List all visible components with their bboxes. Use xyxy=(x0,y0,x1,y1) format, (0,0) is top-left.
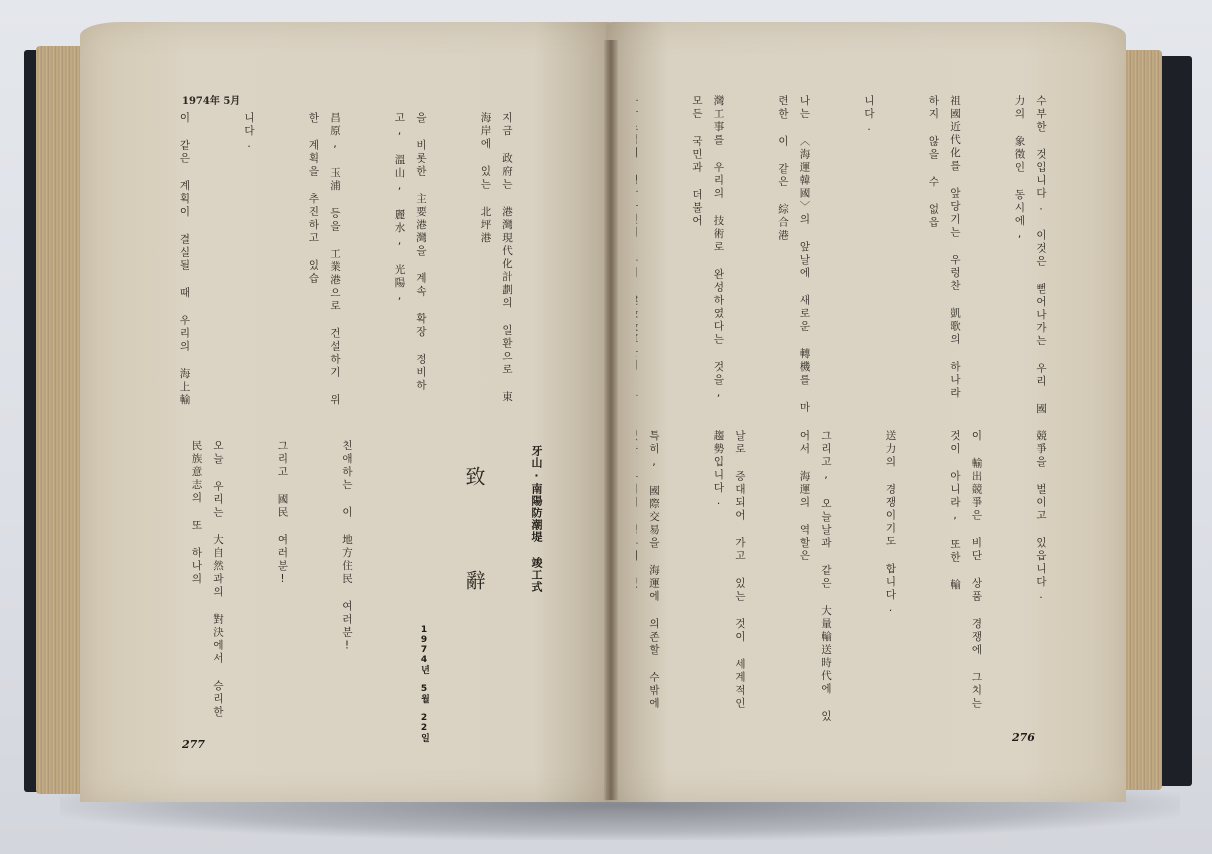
text-line: 祖國近代化를 앞당기는 우렁찬 凱歌의 하나라 하지 않을 수 없읍 xyxy=(922,95,965,420)
section-heading: 致 辭 xyxy=(460,466,489,620)
text-line: 昌原, 玉浦 등을 工業港으로 건설하기 위한 계획을 추진하고 있습 xyxy=(302,112,345,412)
page-number-left: 277 xyxy=(182,738,205,751)
right-page-lower-text: 競爭을 벌이고 있읍니다. 이 輸出競爭은 비단 상품 경쟁에 그치는 것이 아… xyxy=(636,430,1094,730)
text-line: 送力의 경쟁이기도 합니다. xyxy=(879,430,901,730)
left-page-lower-text: 친애하는 이 地方住民 여러분! 그리고 國民 여러분! 오늘 우리는 大自然과… xyxy=(180,440,400,726)
text-line: 자랑스럽게 생각하면서 우리 建設役軍들의 그 간의 勞苦를 깊이 치 xyxy=(636,95,643,420)
text-line: 니다. xyxy=(238,112,260,412)
text-line: 날로 증대되어 가고 있는 것이 세계적인 趨勢입니다. xyxy=(707,430,750,730)
text-line: 灣工事를 우리의 技術로 완성하였다는 것을, 모든 국민과 더불어 xyxy=(686,95,729,420)
left-page-upper-text: 지금 政府는 港灣現代化計劃의 일환으로 東海岸에 있는 北坪港 을 비롯한 主… xyxy=(180,112,560,412)
text-line: 친애하는 이 地方住民 여러분! xyxy=(336,440,358,726)
speech-title: 牙山·南陽防潮堤 竣工式 xyxy=(528,445,544,593)
page-number-right: 276 xyxy=(1012,731,1035,744)
book-gutter xyxy=(604,40,618,800)
text-line: 을 비롯한 主要港灣을 계속 확장 정비하고, 溫山, 麗水, 光陽, xyxy=(388,112,431,412)
text-line: 그리고 國民 여러분! xyxy=(271,440,293,726)
text-line: 이 輸出競爭은 비단 상품 경쟁에 그치는 것이 아니라, 또한 輸 xyxy=(944,430,987,730)
text-line: 오늘 우리는 大自然과의 對決에서 승리한 民族意志의 또 하나의 xyxy=(185,440,228,726)
text-line: 나는 〈海運韓國〉의 앞날에 새로운 轉機를 마련한 이 같은 綜合港 xyxy=(772,95,815,420)
right-page-upper-text: 수부한 것입니다. 이것은 뻗어나가는 우리 國力의 象徵인 동시에, 祖國近代… xyxy=(636,95,1094,420)
running-head: 1974年 5月 xyxy=(182,92,240,107)
text-line: 그리고, 오늘날과 같은 大量輸送時代에 있어서 海運의 역할은 xyxy=(793,430,836,730)
text-line: 競爭을 벌이고 있읍니다. xyxy=(1030,430,1052,730)
text-line: 특히, 國際交易을 海運에 의존할 수밖에 없는 우리의 경우에 있 xyxy=(636,430,664,730)
text-line: 니다. xyxy=(858,95,880,420)
text-line: 수부한 것입니다. 이것은 뻗어나가는 우리 國力의 象徵인 동시에, xyxy=(1008,95,1051,420)
speech-date: 1974년 5월 22일 xyxy=(418,625,431,742)
text-line: 지금 政府는 港灣現代化計劃의 일환으로 東海岸에 있는 北坪港 xyxy=(474,112,517,412)
text-line: 이 같은 계획이 결실될 때 우리의 海上輸送體系는 완비되고, 重 xyxy=(180,112,195,412)
